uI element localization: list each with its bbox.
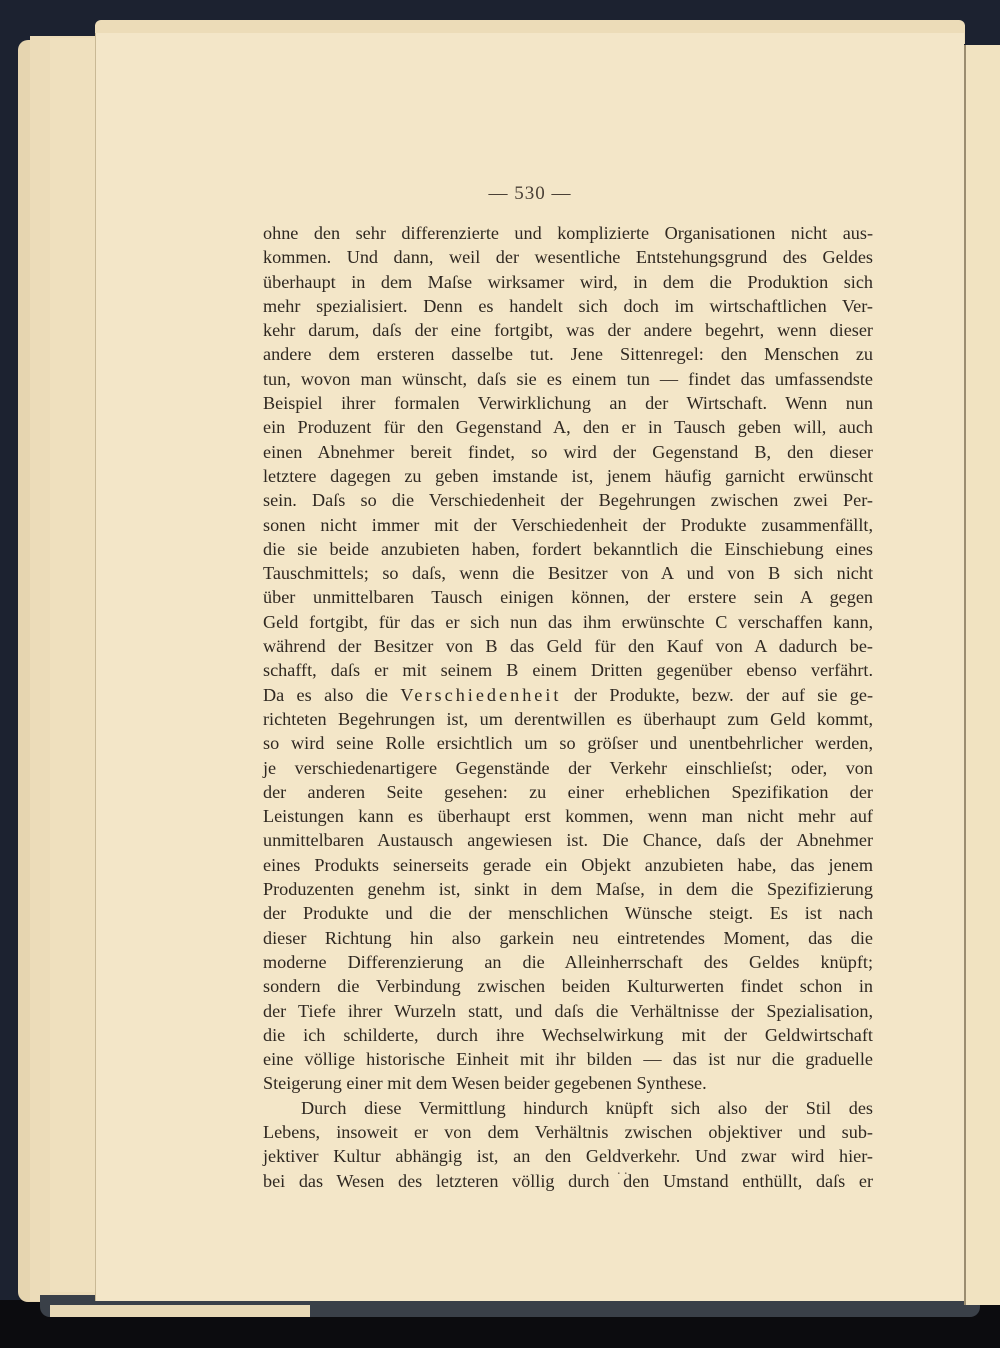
footer-marks: . . <box>617 1163 628 1179</box>
text-line: Steigerung einer mit dem Wesen beider ge… <box>263 1071 873 1095</box>
text-fragment: der Produkte, bezw. der auf sie ge- <box>574 685 873 705</box>
text-line: je verschiedenartigere Gegenstände der V… <box>263 756 873 780</box>
text-line: der anderen Seite gesehen: zu einer erhe… <box>263 780 873 804</box>
text-line: moderne Differenzierung an die Alleinher… <box>263 950 873 974</box>
text-fragment: Da es also die <box>263 685 388 705</box>
text-line: einen Abnehmer bereit findet, so wird de… <box>263 440 873 464</box>
text-line: schafft, daſs er mit seinem B einem Drit… <box>263 658 873 682</box>
text-line: Lebens, insoweit er von dem Verhältnis z… <box>263 1120 873 1144</box>
text-line: dieser Richtung hin also garkein neu ein… <box>263 926 873 950</box>
text-line: die sie beide anzubieten haben, fordert … <box>263 537 873 561</box>
text-line: unmittelbaren Austausch angewiesen ist. … <box>263 828 873 852</box>
text-line: bei das Wesen des letzteren völlig durch… <box>263 1169 873 1193</box>
text-line-spaced: Da es also die Verschiedenheit der Produ… <box>263 683 873 707</box>
text-line: mehr spezialisiert. Denn es handelt sich… <box>263 294 873 318</box>
text-line: kommen. Und dann, weil der wesentliche E… <box>263 245 873 269</box>
text-line: letztere dagegen zu geben imstande ist, … <box>263 464 873 488</box>
text-line: tun, wovon man wünscht, daſs sie es eine… <box>263 367 873 391</box>
text-line: Produzenten genehm ist, sinkt in dem Maſ… <box>263 877 873 901</box>
text-line: Leistungen kann es überhaupt erst kommen… <box>263 804 873 828</box>
text-line: jektiver Kultur abhängig ist, an den Gel… <box>263 1144 873 1168</box>
text-line: Geld fortgibt, für das er sich nun das i… <box>263 610 873 634</box>
text-line: eine völlige historische Einheit mit ihr… <box>263 1047 873 1071</box>
emphasized-word: Verschiedenheit <box>400 685 561 705</box>
text-line: Durch diese Vermittlung hindurch knüpft … <box>263 1096 873 1120</box>
text-line: Tauschmittels; so daſs, wenn die Besitze… <box>263 561 873 585</box>
text-line: der Produkte und die der menschlichen Wü… <box>263 901 873 925</box>
text-line: überhaupt in dem Maſse wirksamer wird, i… <box>263 270 873 294</box>
page-bottom-edge <box>50 1305 310 1317</box>
page-number: — 530 — <box>96 183 964 205</box>
facing-page <box>964 45 1000 1305</box>
text-line: ein Produzent für den Gegenstand A, den … <box>263 415 873 439</box>
text-line: während der Besitzer von B das Geld für … <box>263 634 873 658</box>
text-line: die ich schilderte, durch ihre Wechselwi… <box>263 1023 873 1047</box>
text-line: sein. Daſs so die Verschiedenheit der Be… <box>263 488 873 512</box>
body-text: ohne den sehr differenzierte und kompliz… <box>263 221 873 1193</box>
text-line: über unmittelbaren Tausch einigen können… <box>263 585 873 609</box>
text-line: eines Produkts seinerseits gerade ein Ob… <box>263 853 873 877</box>
text-line: Beispiel ihrer formalen Verwirklichung a… <box>263 391 873 415</box>
text-line: der Tiefe ihrer Wurzeln statt, und daſs … <box>263 999 873 1023</box>
text-line: sondern die Verbindung zwischen beiden K… <box>263 974 873 998</box>
text-line: ohne den sehr differenzierte und kompliz… <box>263 221 873 245</box>
text-line: sonen nicht immer mit der Verschiedenhei… <box>263 513 873 537</box>
text-line: kehr darum, daſs der eine fortgibt, was … <box>263 318 873 342</box>
book-page: — 530 — ohne den sehr differenzierte und… <box>95 33 964 1301</box>
text-line: richteten Begehrungen ist, um derentwill… <box>263 707 873 731</box>
text-line: so wird seine Rolle ersichtlich um so gr… <box>263 731 873 755</box>
text-line: andere dem ersteren dasselbe tut. Jene S… <box>263 342 873 366</box>
